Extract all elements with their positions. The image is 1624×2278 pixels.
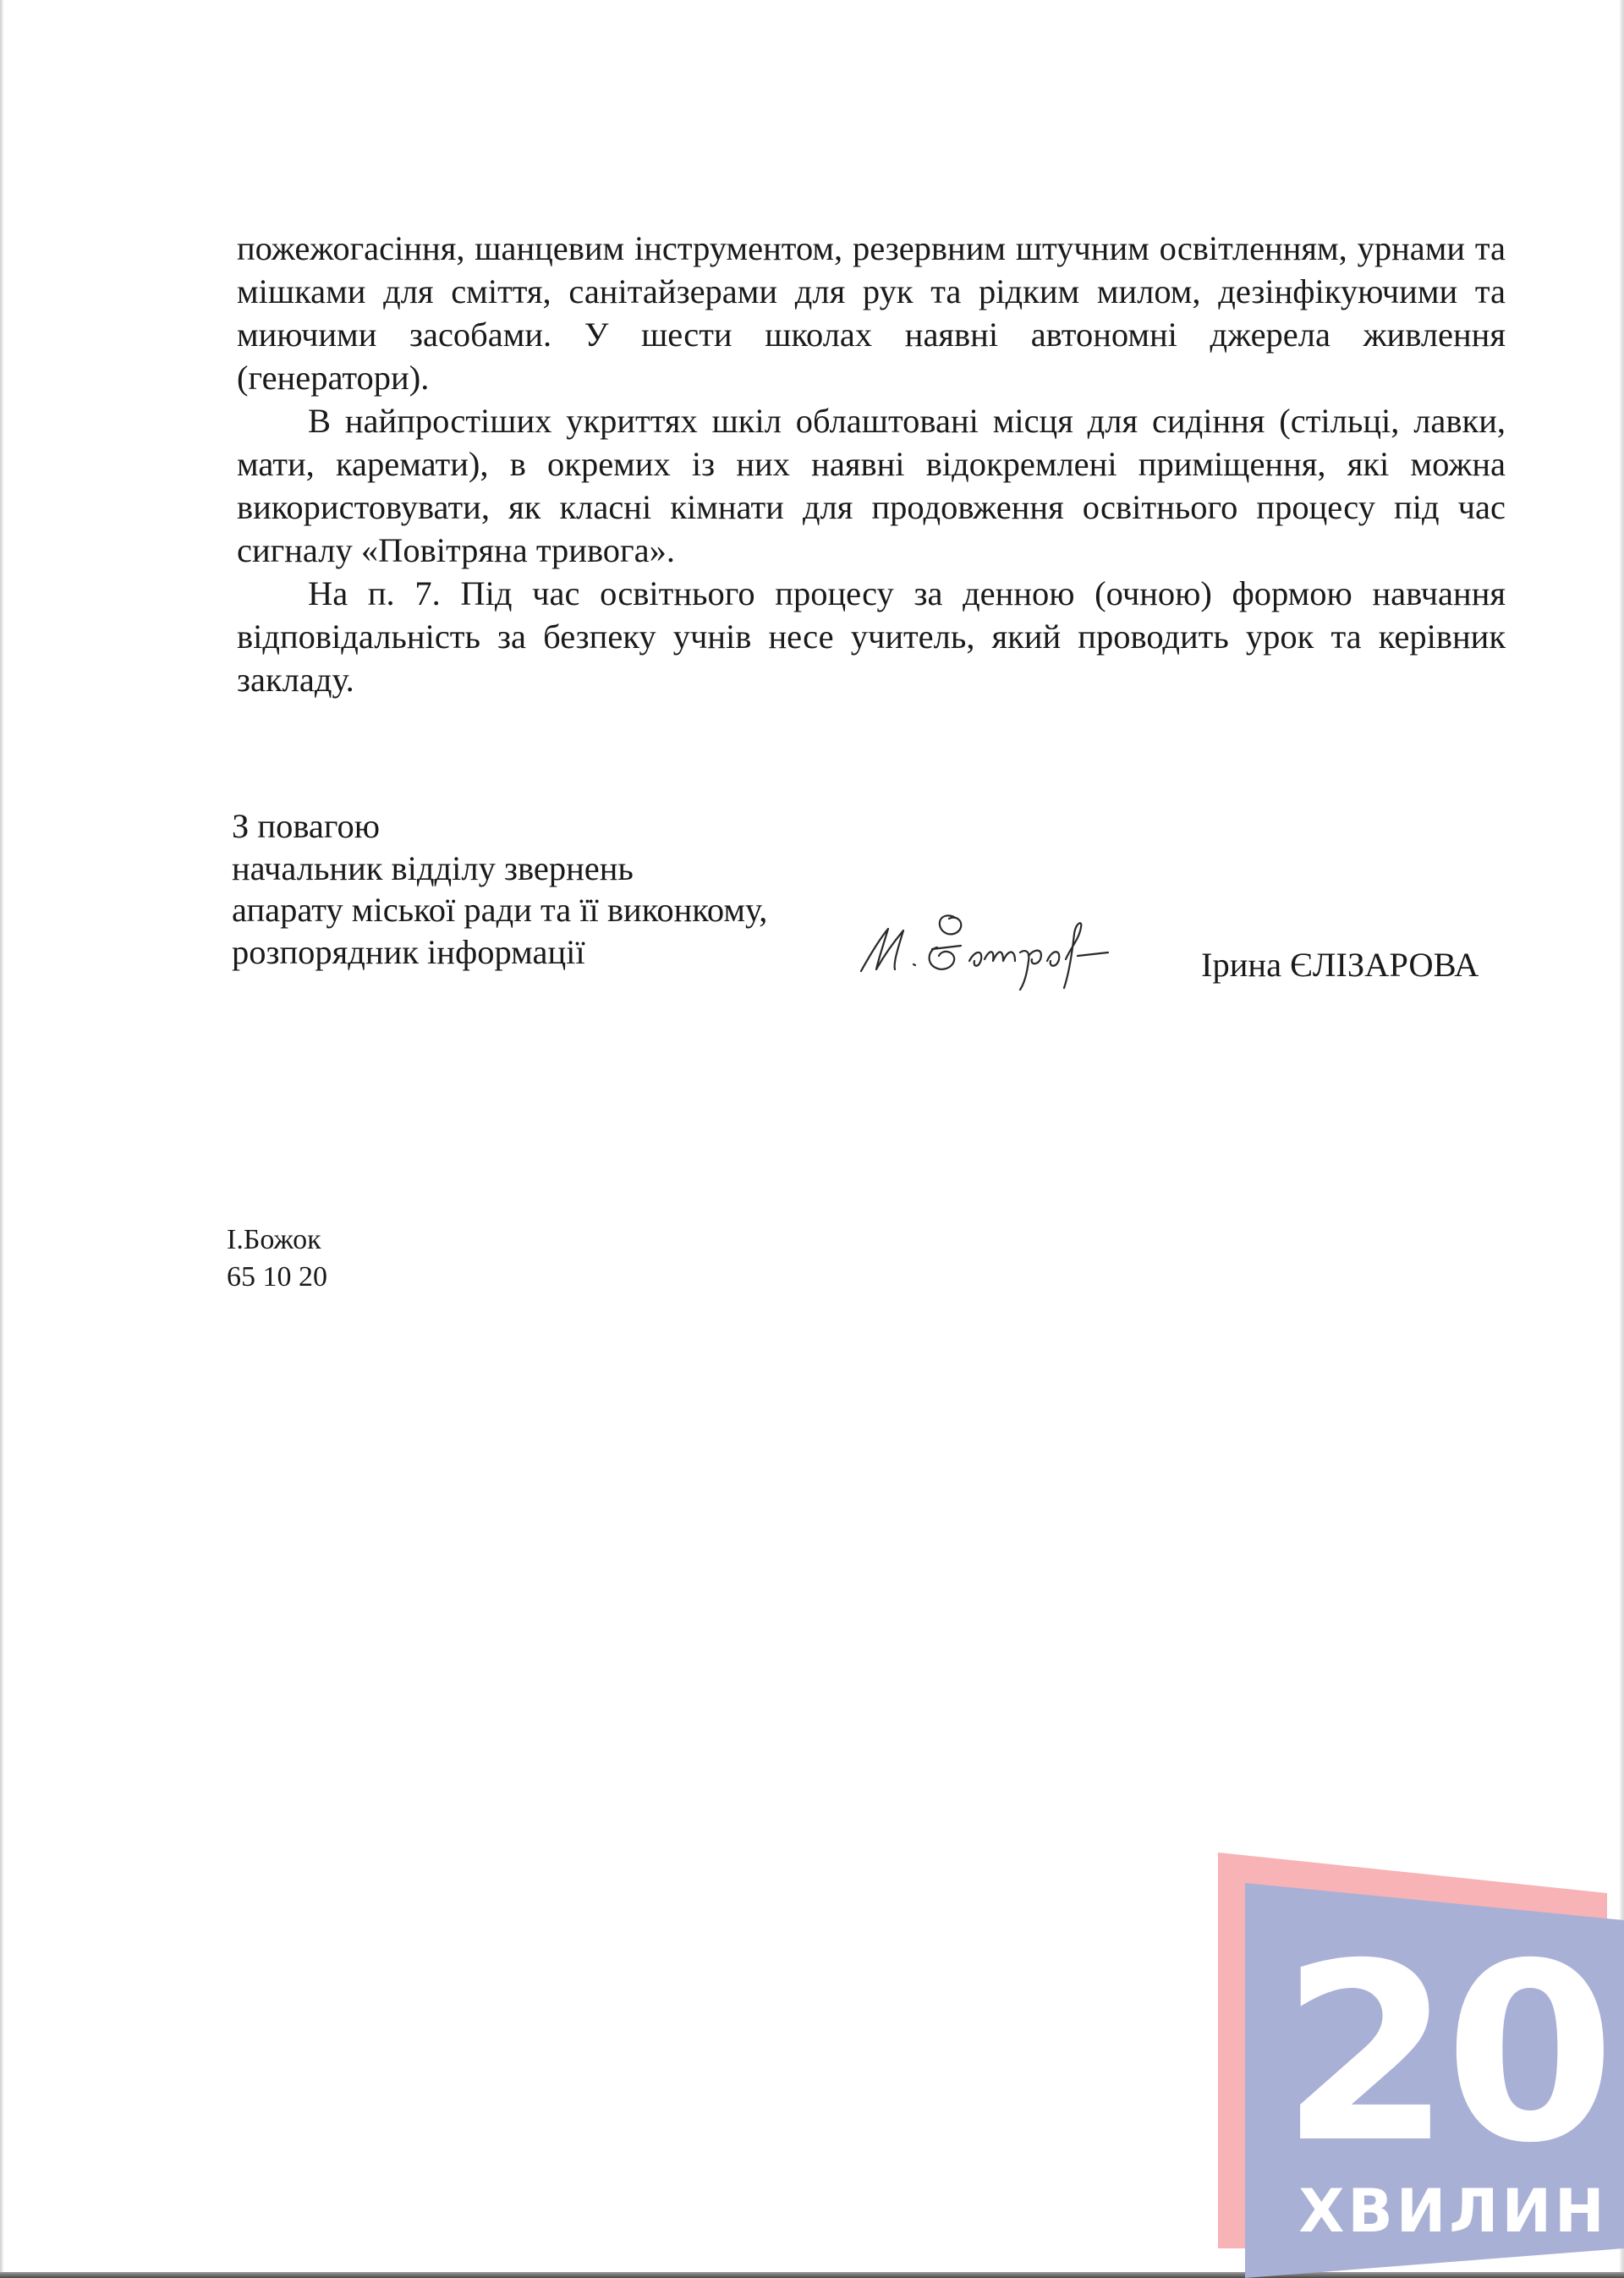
logo-word: ХВИЛИН (1298, 2176, 1607, 2246)
logo-number: 20 (1281, 1912, 1609, 2197)
letter-body: пожежогасіння, шанцевим інструментом, ре… (237, 227, 1506, 701)
20-hvylyn-logo: 20 ХВИЛИН (1216, 1851, 1624, 2278)
salutation: З повагою (232, 805, 767, 848)
paragraph-equipment: пожежогасіння, шанцевим інструментом, ре… (237, 227, 1506, 399)
signer-position-line-1: начальник відділу звернень (232, 848, 767, 890)
handwritten-signature (854, 897, 1176, 998)
executor-phone: 65 10 20 (227, 1259, 327, 1296)
letter-closing: З повагою начальник відділу звернень апа… (232, 805, 767, 973)
signer-name: Ірина ЄЛІЗАРОВА (1201, 945, 1479, 985)
executor-info: І.Божок 65 10 20 (227, 1221, 327, 1296)
signer-position-line-2: апарату міської ради та її виконкому, (232, 889, 767, 931)
paragraph-shelters: В найпростіших укриттях шкіл облаштовані… (237, 399, 1506, 572)
signer-position-line-3: розпорядник інформації (232, 931, 767, 974)
paragraph-responsibility: На п. 7. Під час освітнього процесу за д… (237, 572, 1506, 701)
executor-name: І.Божок (227, 1221, 327, 1259)
document-page: пожежогасіння, шанцевим інструментом, ре… (0, 0, 1624, 2278)
scan-edge-left (0, 0, 3, 2278)
